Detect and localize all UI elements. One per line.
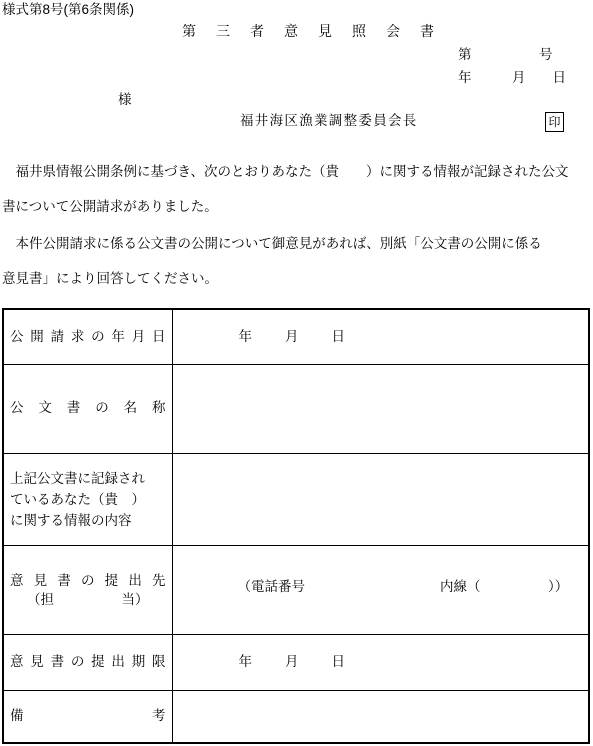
form-table: 公 開 請 求 の 年 月 日 年 月 日 公 文 書 の 名 称 上記公文書に… <box>2 308 590 744</box>
field-document-name[interactable] <box>172 364 589 453</box>
label-document-name: 公 文 書 の 名 称 <box>3 364 172 453</box>
table-row-submission-deadline: 意 見 書 の 提 出 期 限 年 月 日 <box>3 634 589 690</box>
field-submission-deadline[interactable]: 年 月 日 <box>172 634 589 690</box>
label-remarks: 備 考 <box>3 690 172 743</box>
addressee-suffix: 様 <box>118 92 132 108</box>
issuer-name: 福井海区漁業調整委員会長 <box>240 113 418 129</box>
label-submission-destination: 意 見 書 の 提 出 先 （担 当） <box>3 545 172 634</box>
document-number-line: 第 号 <box>458 47 553 63</box>
table-row-recorded-info: 上記公文書に記録され ているあなた（貴 ） に関する情報の内容 <box>3 453 589 545</box>
label-submission-destination-line1: 意 見 書 の 提 出 先 <box>10 571 166 590</box>
page-title: 第 三 者 意 見 照 会 書 <box>0 23 593 40</box>
field-remarks[interactable] <box>172 690 589 743</box>
label-submission-deadline: 意 見 書 の 提 出 期 限 <box>3 634 172 690</box>
issue-date-line: 年 月 日 <box>458 70 566 86</box>
field-request-date[interactable]: 年 月 日 <box>172 309 589 364</box>
seal-label: 印 <box>548 115 560 129</box>
table-row-remarks: 備 考 <box>3 690 589 743</box>
table-row-submission-destination: 意 見 書 の 提 出 先 （担 当） （電話番号 内線（ ）） <box>3 545 589 634</box>
paragraph-opinion-instruction: 本件公開請求に係る公文書の公開について御意見があれば、別紙「公文書の公開に係る … <box>2 226 591 296</box>
field-submission-destination-phone[interactable]: （電話番号 内線（ ）） <box>172 545 589 634</box>
form-number: 様式第8号(第6条関係) <box>2 2 134 18</box>
table-row-document-name: 公 文 書 の 名 称 <box>3 364 589 453</box>
paragraph-request-notice: 福井県情報公開条例に基づき、次のとおりあなた（貴 ）に関する情報が記録された公文… <box>2 154 591 224</box>
label-submission-destination-line2: （担 当） <box>10 590 166 609</box>
document-page: 様式第8号(第6条関係) 第 三 者 意 見 照 会 書 第 号 年 月 日 様… <box>0 0 593 746</box>
label-request-date: 公 開 請 求 の 年 月 日 <box>3 309 172 364</box>
table-row-request-date: 公 開 請 求 の 年 月 日 年 月 日 <box>3 309 589 364</box>
label-recorded-info: 上記公文書に記録され ているあなた（貴 ） に関する情報の内容 <box>3 453 172 545</box>
field-recorded-info[interactable] <box>172 453 589 545</box>
seal-mark: 印 <box>545 112 564 132</box>
